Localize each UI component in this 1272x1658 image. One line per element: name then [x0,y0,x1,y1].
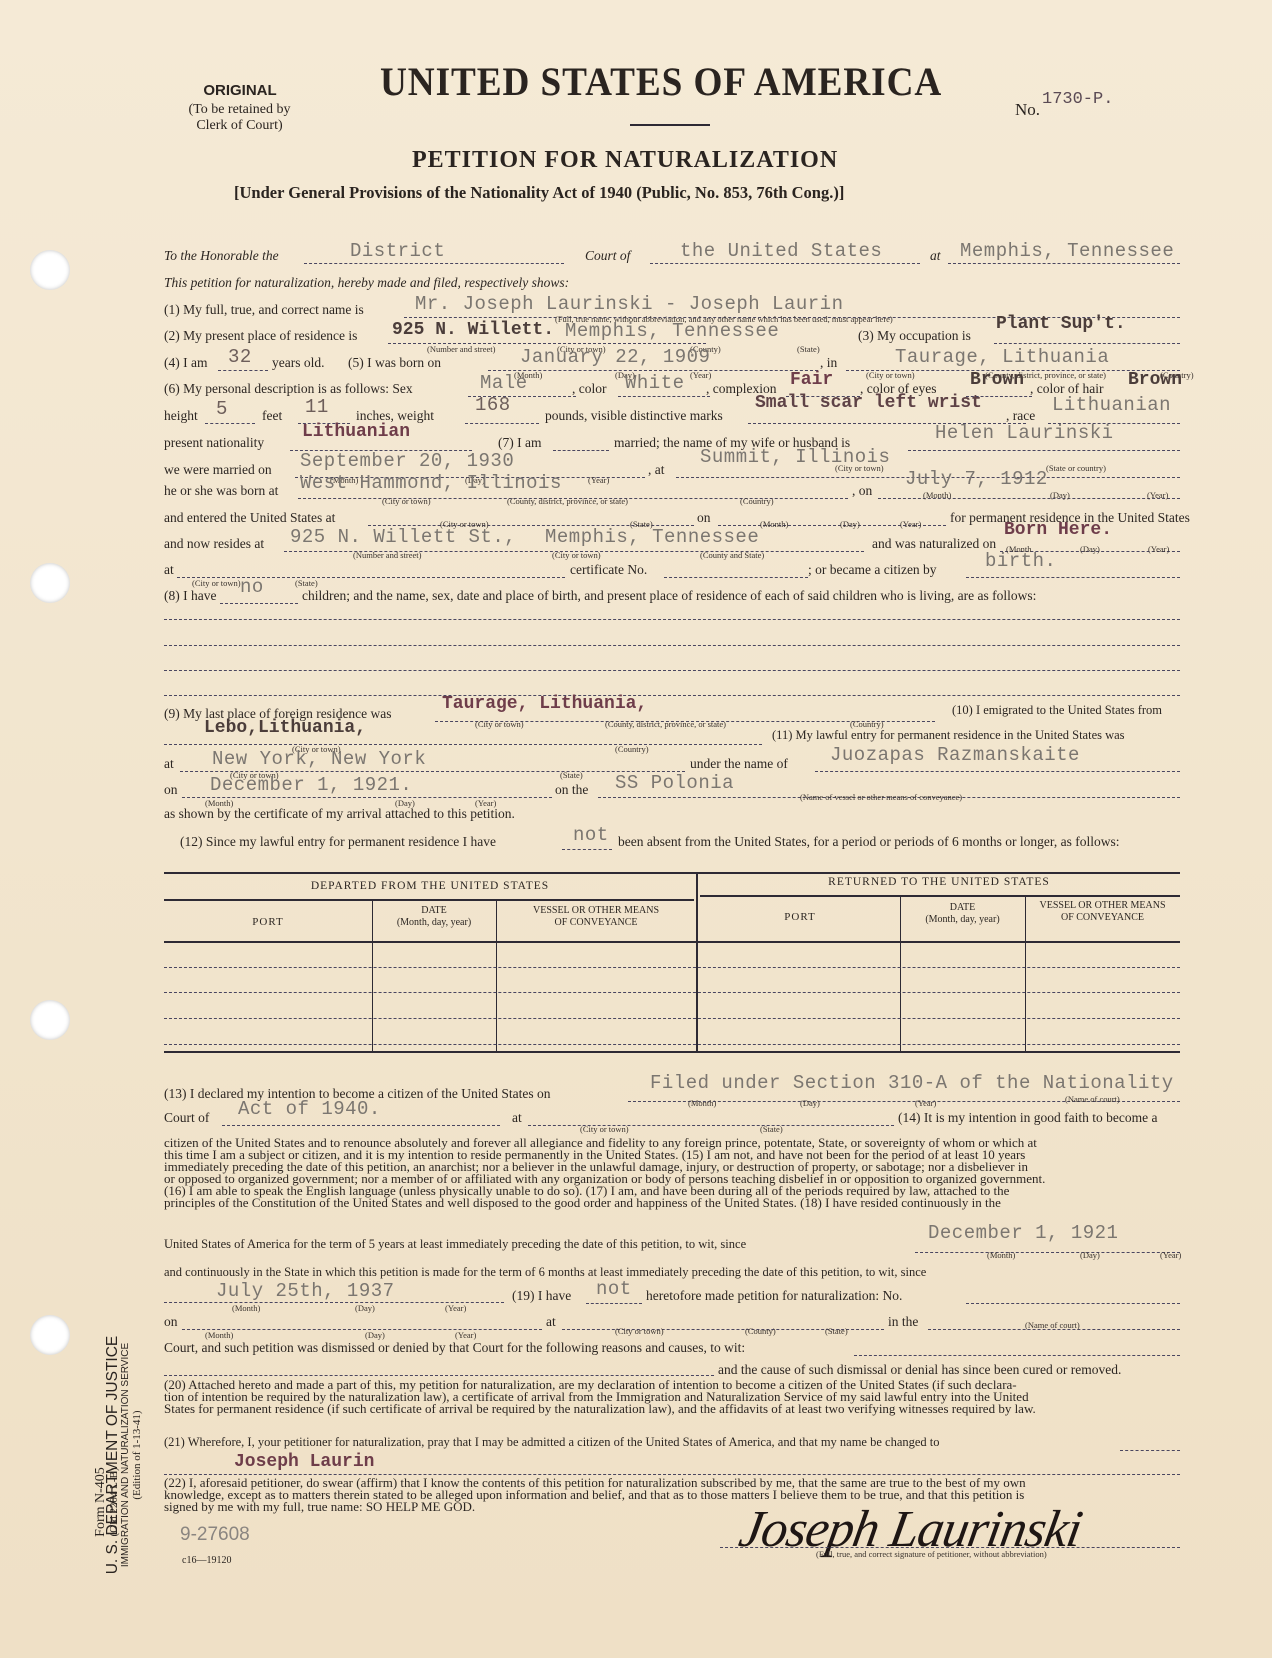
entry-at-label: at [164,756,174,772]
field-hint: (Year) [1148,544,1169,554]
residence-label: (2) My present place of residence is [164,328,357,344]
field-hint: (Country) [615,744,649,754]
emigrated-from-field[interactable]: Lebo,Lithuania, [204,718,366,738]
intention-label: (14) It is my intention in good faith to… [898,1110,1157,1126]
age-label: (4) I am [164,355,207,371]
table-row[interactable] [164,967,1180,968]
prior-petition-tail: heretofore made petition for naturalizat… [646,1288,902,1304]
children-label: (8) I have [164,588,216,604]
residence-city-field[interactable]: Memphis, Tennessee [565,320,779,342]
form-title: PETITION FOR NATURALIZATION [412,147,838,174]
arrival-note: as shown by the certificate of my arriva… [164,806,515,822]
column-vessel-label: VESSEL OR OTHER MEANS [1039,900,1165,911]
field-hint: (City or town) [552,550,601,560]
complexion-field[interactable]: Fair [790,370,833,390]
edition-note: (Edition of 1-13-41) [131,1250,143,1658]
column-vessel: VESSEL OR OTHER MEANSOF CONVEYANCE [496,905,696,929]
weight-field[interactable]: 168 [475,394,511,416]
field-hint: (Year) [900,519,921,529]
color-label: , color [572,381,607,397]
table-row[interactable] [164,1018,1180,1019]
entry-vessel-field[interactable]: SS Polonia [615,772,734,794]
field-line [164,1375,714,1376]
field-line [618,396,710,397]
age-field[interactable]: 32 [228,346,252,368]
absence-field[interactable]: not [573,824,609,846]
field-line [650,263,920,264]
field-hint: (Year) [455,1330,476,1340]
six-month-field[interactable]: July 25th, 1937 [216,1280,395,1302]
table-rule [164,941,1180,943]
entry-vessel-label: on the [555,782,588,798]
feet-label: feet [262,408,282,424]
at-label: at [164,562,174,578]
children-field[interactable]: no [240,576,264,598]
field-line [1120,1450,1180,1451]
document-page: ORIGINAL (To be retained by Clerk of Cou… [0,0,1272,1658]
column-vessel: VESSEL OR OTHER MEANSOF CONVEYANCE [1025,900,1180,924]
declared-field[interactable]: Filed under Section 310-A of the Nationa… [650,1072,1174,1094]
five-year-label: United States of America for the term of… [164,1237,746,1252]
table-rule [164,899,694,901]
table-row[interactable] [164,992,1180,993]
six-month-label: and continuously in the State in which t… [164,1265,926,1280]
field-hint: (Number and street) [427,344,495,354]
field-hint: (Number and street) [353,550,421,560]
field-hint: (City or town) [475,719,524,729]
column-date-label: DATE [950,902,976,913]
race-field[interactable]: Lithuanian [1052,394,1171,416]
field-hint: (Month) [987,1250,1015,1260]
punch-hole [30,1000,70,1040]
name-change-label: (21) Wherefore, I, your petitioner for n… [164,1435,940,1450]
court-intro-label: To the Honorable the [164,248,279,264]
stamp-number: 9-27608 [180,1524,250,1546]
prior-petition-field[interactable]: not [596,1278,632,1300]
five-year-field[interactable]: December 1, 1921 [928,1222,1118,1244]
field-hint: (Day) [355,1303,375,1313]
column-port: PORT [700,911,900,923]
field-hint: (Name of court) [1065,1094,1120,1104]
field-line [908,450,1180,451]
entered-on-label: on [697,510,711,526]
absence-label: (12) Since my lawful entry for permanent… [180,834,496,850]
children-line [164,619,1180,620]
declared-court-field[interactable]: Act of 1940. [238,1098,381,1120]
married-at-label: , at [648,462,665,478]
field-hint: (Day) [1050,490,1070,500]
birth-date-label: (5) I was born on [348,355,441,371]
field-line [966,577,1180,578]
field-hint: (County) [745,1326,776,1336]
field-line [854,1355,1180,1356]
petition-intro: This petition for naturalization, hereby… [164,275,569,291]
birthplace-field[interactable]: Taurage, Lithuania [895,346,1109,368]
field-hint: (Day) [1080,544,1100,554]
field-hint: (Month) [205,1330,233,1340]
original-label: ORIGINAL [180,82,300,99]
field-line [948,263,1180,264]
residence-street-field[interactable]: 925 N. Willett. [392,320,554,340]
table-rule [164,872,1180,874]
court-name-field[interactable]: the United States [680,240,882,262]
attachments-paragraph-line: States for permanent residence (if such … [164,1403,1036,1416]
punch-hole [30,1315,70,1355]
naturalized-label: and was naturalized on [872,536,996,552]
returned-heading: RETURNED TO THE UNITED STATES [698,876,1180,888]
retained-note: Clerk of Court) [162,118,317,134]
court-type-field[interactable]: District [350,240,445,262]
certificate-label: certificate No. [570,562,647,578]
children-line [164,670,1180,671]
in-the-label: in the [888,1314,918,1330]
field-hint: (City or town) [382,496,431,506]
field-hint: (Day) [840,519,860,529]
hair-field[interactable]: Brown [1128,370,1182,390]
entry-name-field[interactable]: Juozapas Razmanskaite [830,744,1080,766]
field-line [304,263,564,264]
field-line [915,1252,1180,1253]
court-at-label: at [930,248,941,264]
at-label: at [512,1110,522,1126]
oath-line: signed by me with my full, true name: SO… [164,1501,475,1514]
at-label: at [546,1314,556,1330]
divider [630,124,710,126]
eyes-field[interactable]: Brown [970,370,1024,390]
height-inches-field[interactable]: 11 [305,396,329,418]
field-hint: (Day) [800,1098,820,1108]
court-of-label: Court of [585,248,630,264]
field-hint: (State) [295,578,318,588]
table-rule [164,1051,1180,1053]
height-label: height [164,408,198,424]
country-heading: UNITED STATES OF AMERICA [380,58,942,105]
retained-note: (To be retained by [162,102,317,118]
marks-label: pounds, visible distinctive marks [545,408,723,424]
oath-paragraph-line: principles of the Constitution of the Un… [164,1197,1001,1210]
field-line [164,744,762,745]
petition-number-label: No. [1015,100,1040,120]
children-line [164,695,1180,696]
field-hint: (Year) [445,1303,466,1313]
field-hint: (County, district, province, or state) [507,496,628,506]
field-line [664,577,808,578]
marital-label: (7) I am [498,435,541,451]
field-line [222,1125,500,1126]
field-hint: (State) [560,770,583,780]
field-line [182,797,552,798]
married-on-label: we were married on [164,462,272,478]
field-line [966,1303,1180,1304]
column-date-label: DATE [421,905,447,916]
spouse-name-field[interactable]: Helen Laurinski [935,422,1114,444]
field-hint: (Country) [740,496,774,506]
table-row[interactable] [164,1044,1180,1045]
field-hint: (Name of court) [1025,1320,1080,1330]
print-code: c16—19120 [182,1555,231,1566]
court-of-label: Court of [164,1110,209,1126]
foreign-residence-field[interactable]: Taurage, Lithuania, [442,694,647,714]
field-hint: (City or town) [580,1124,629,1134]
spouse-born-label: he or she was born at [164,483,278,499]
citizen-by-field[interactable]: birth. [985,550,1056,572]
field-hint: (Year) [915,1098,936,1108]
resides-label: and now resides at [164,536,264,552]
field-hint: (Name of vessel or other means of convey… [800,792,962,802]
entry-date-field[interactable]: December 1, 1921. [210,774,412,796]
spouse-birthplace-field[interactable]: West Hammond, Illinois [300,472,562,494]
entry-port-field[interactable]: New York, New York [212,748,426,770]
spouse-birthdate-field[interactable]: July 7, 1912 [905,468,1048,490]
nationality-label: present nationality [164,435,264,451]
departed-heading: DEPARTED FROM THE UNITED STATES [164,880,696,892]
full-name-field[interactable]: Mr. Joseph Laurinski - Joseph Laurin [415,293,843,315]
children-line [164,645,1180,646]
field-hint: (Year) [588,475,609,485]
entered-label: and entered the United States at [164,510,335,526]
dismissed-label: Court, and such petition was dismissed o… [164,1340,745,1356]
occupation-field[interactable]: Plant Sup't. [996,314,1126,334]
field-hint: (Day) [365,1330,385,1340]
spouse-residence-city-field[interactable]: Memphis, Tennessee [545,526,759,548]
field-hint: (State) [797,344,820,354]
field-line [220,603,298,604]
marriage-date-field[interactable]: September 20, 1930 [300,450,514,472]
field-line [586,1303,642,1304]
height-feet-field[interactable]: 5 [216,398,228,420]
age-suffix: years old. [272,355,324,371]
column-vessel-label: VESSEL OR OTHER MEANS [533,905,659,916]
field-hint: (Day) [1080,1250,1100,1260]
description-label: (6) My personal description is as follow… [164,381,413,397]
column-date-sub: (Month, day, year) [397,917,471,928]
naturalized-field[interactable]: Born Here. [1004,520,1112,540]
children-tail: children; and the name, sex, date and pl… [302,588,1036,604]
marks-field[interactable]: Small scar left wrist [755,393,982,413]
field-line [553,450,609,451]
column-date: DATE(Month, day, year) [372,905,496,929]
birth-date-field[interactable]: January 22, 1909 [520,346,710,368]
occupation-label: (3) My occupation is [858,328,971,344]
signature-hint: (Full, true, and correct signature of pe… [816,1549,1047,1559]
field-hint: (City or town) [615,1326,664,1336]
spouse-on-label: , on [852,483,872,499]
field-hint: (Year) [1160,1250,1181,1260]
field-line [465,423,539,424]
field-line [994,343,1180,344]
field-line [218,370,268,371]
field-hint: (Month) [688,1098,716,1108]
cured-label: and the cause of such dismissal or denia… [718,1362,1121,1378]
nationality-field[interactable]: Lithuanian [302,422,410,442]
field-hint: (Year) [1147,490,1168,500]
spouse-residence-street-field[interactable]: 925 N. Willett St., [290,526,516,548]
absence-tail: been absent from the United States, for … [618,834,1119,850]
table-rule [700,895,1180,897]
court-location-field[interactable]: Memphis, Tennessee [960,240,1174,262]
field-hint: (Month) [760,519,788,529]
field-line [182,1329,542,1330]
form-subtitle: [Under General Provisions of the Nationa… [234,183,844,203]
punch-hole [30,250,70,290]
field-hint: (Month) [232,1303,260,1313]
new-name-field[interactable]: Joseph Laurin [234,1452,374,1472]
column-port: PORT [164,916,372,928]
field-hint: (State) [825,1326,848,1336]
signature-line [720,1547,1180,1548]
prior-petition-label: (19) I have [512,1288,571,1304]
name-label: (1) My full, true, and correct name is [164,302,364,318]
column-date: DATE(Month, day, year) [900,902,1025,926]
sex-field[interactable]: Male [480,372,528,394]
punch-hole [30,563,70,603]
field-hint: (County and State) [700,550,764,560]
table-rule [696,872,698,1052]
field-hint: (State or country) [1046,463,1106,473]
entry-on-label: on [164,782,178,798]
on-label: on [164,1314,178,1330]
field-hint: (State) [760,1124,783,1134]
field-line [562,849,612,850]
field-hint: (Year) [690,370,711,380]
service-name: IMMIGRATION AND NATURALIZATION SERVICE [120,1250,131,1658]
petition-number: 1730-P. [1042,90,1113,109]
field-hint: (Month) [923,490,951,500]
field-hint: (City or town) [866,370,915,380]
citizen-by-label: ; or became a citizen by [808,562,937,578]
field-line [205,423,255,424]
column-vessel-sub: OF CONVEYANCE [554,917,637,928]
field-hint: (City or town) [192,578,241,588]
birth-in-label: , in [820,355,837,371]
emigrated-label: (10) I emigrated to the United States fr… [952,703,1162,718]
entry-name-label: under the name of [690,756,788,772]
field-hint: (County, district, province, or state) [605,719,726,729]
column-date-sub: (Month, day, year) [925,914,999,925]
field-line [815,771,1180,772]
color-field[interactable]: White [625,372,685,394]
column-vessel-sub: OF CONVEYANCE [1061,912,1144,923]
lawful-entry-label: (11) My lawful entry for permanent resid… [772,728,1125,743]
field-hint: (City or town) [835,463,884,473]
